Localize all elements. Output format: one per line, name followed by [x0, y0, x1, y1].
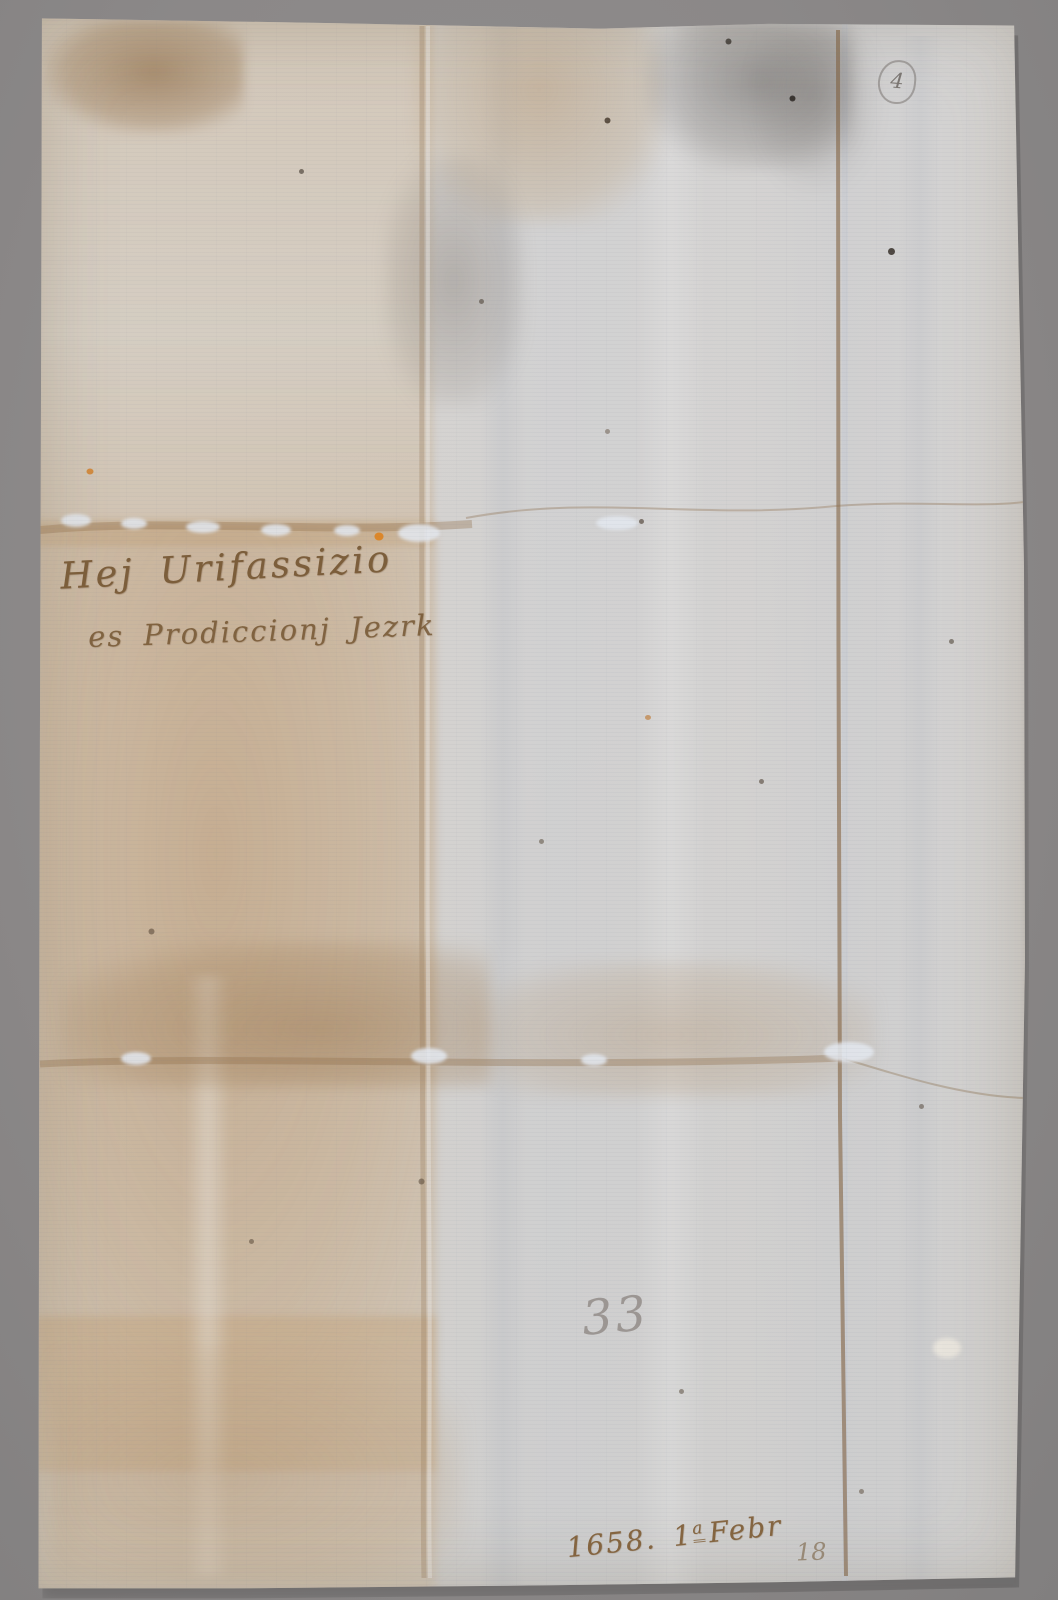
pencil-number-bottom-right: 18 [796, 1537, 828, 1566]
manuscript-paper-verso: Hej Urifassizio es Prodiccionj Jezrk 4 3… [36, 16, 1026, 1590]
dark-ink-specks [36, 16, 39, 19]
rust-specks [36, 16, 40, 19]
photo-backdrop: Hej Urifassizio es Prodiccionj Jezrk 4 3… [0, 0, 1058, 1600]
ink-date-superscript: a [691, 1518, 706, 1543]
paper-edge-vignette [36, 16, 1026, 1590]
pencil-circled-folio-number-value: 4 [889, 68, 904, 93]
pencil-number-center: 33 [580, 1285, 652, 1347]
